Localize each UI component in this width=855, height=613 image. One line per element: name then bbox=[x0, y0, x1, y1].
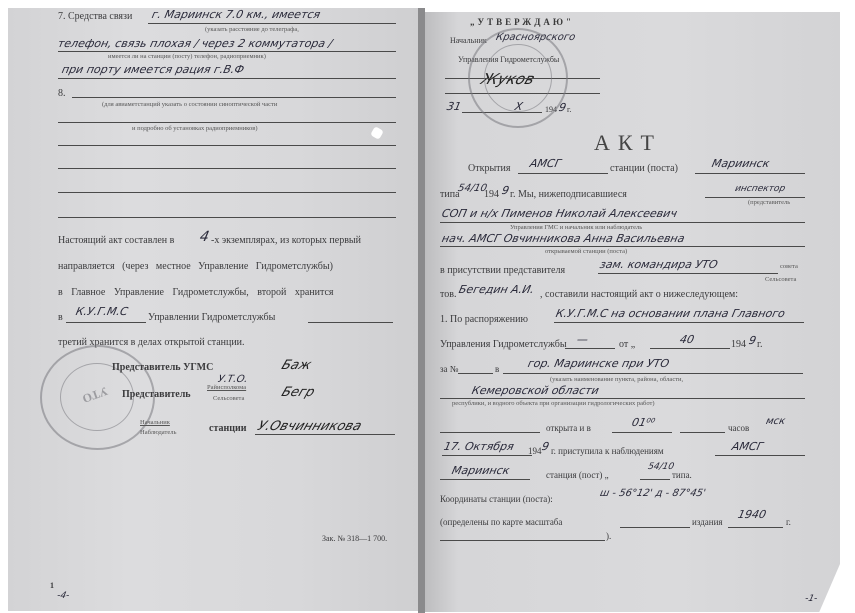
left-page bbox=[8, 8, 418, 611]
copies-text-2: направляется (через местное Управление Г… bbox=[58, 261, 333, 272]
item1-place-handwritten: гор. Мариинске при УТО bbox=[527, 357, 671, 370]
inspector-name-handwritten: СОП и н/х Пименов Николай Алексеевич bbox=[441, 207, 679, 220]
opened-label: открыта и в bbox=[546, 423, 591, 433]
item8-label: 8. bbox=[58, 88, 66, 99]
approve-heading: „УТВЕРЖДАЮ" bbox=[470, 17, 574, 27]
approve-year-suffix: г. bbox=[567, 105, 571, 114]
rep-ugms-signature: Баж bbox=[279, 358, 313, 373]
round-stamp-right bbox=[468, 28, 568, 128]
rep-district-signature: Бегр bbox=[279, 385, 316, 400]
presence-tail: совета bbox=[780, 263, 798, 270]
map-year-handwritten: 1940 bbox=[737, 508, 768, 521]
obs-type-label: типа. bbox=[672, 470, 692, 480]
obs-station-handwritten: АМСГ bbox=[731, 440, 765, 453]
item1-region-hint: республики, и водного объекта при органи… bbox=[452, 400, 655, 407]
approve-date-day: 31 bbox=[446, 100, 463, 113]
obs-date-handwritten: 17. Октября bbox=[443, 440, 515, 453]
chief-name-handwritten: нач. АМСГ Овчинникова Анна Васильевна bbox=[441, 232, 686, 245]
item8-hint-1: (для авиаметстанций указать о состоянии … bbox=[102, 101, 277, 108]
coords-handwritten: ш - 56°12' д - 87°45' bbox=[599, 488, 707, 499]
presence-handwritten: зам. командира УТО bbox=[599, 258, 719, 271]
item7-label: 7. Средства связи bbox=[58, 11, 132, 22]
book-spine bbox=[418, 8, 425, 613]
tov-label: тов. bbox=[440, 289, 456, 300]
rep-district-sub-2: Сельсовета bbox=[213, 395, 244, 402]
right-page-number: -1- bbox=[804, 594, 818, 604]
item1-date-handwritten: 40 bbox=[679, 333, 696, 346]
item1-region-handwritten: Кемеровской области bbox=[471, 384, 601, 397]
map-label-1: (определены по карте масштаба bbox=[440, 517, 562, 527]
opened-time-handwritten: 01⁰⁰ bbox=[631, 416, 657, 429]
chief-label-2: Наблюдатель bbox=[140, 429, 176, 436]
hours-tz-handwritten: мск bbox=[765, 416, 786, 427]
hours-label: часов bbox=[728, 423, 749, 433]
opening-handwritten: АМСГ bbox=[529, 157, 563, 170]
copies-text-3: в Главное Управление Гидрометслужбы, вто… bbox=[58, 287, 334, 298]
obs-type-handwritten: 54/10 bbox=[647, 462, 675, 472]
presence-label: в присутствии представителя bbox=[440, 265, 565, 276]
item7-handwritten-2: телефон, связь плохая / через 2 коммутат… bbox=[57, 37, 334, 50]
copies-dept-handwritten: К.У.Г.М.С bbox=[75, 305, 130, 318]
opening-label: Открытия bbox=[468, 163, 511, 174]
obs-year-prefix: 194 bbox=[528, 446, 542, 456]
rep-district-label: Представитель bbox=[122, 389, 191, 400]
map-close: ). bbox=[606, 531, 611, 541]
item1-year-suffix: г. bbox=[757, 339, 762, 350]
item1-no-label: за № bbox=[440, 364, 458, 374]
item1-handwritten: К.У.Г.М.С на основании плана Главного bbox=[555, 307, 787, 320]
item8-hint-2: и подробно об установках радиоприемников… bbox=[132, 125, 258, 132]
map-label-3: г. bbox=[786, 517, 791, 527]
page-mark-small: 1 bbox=[50, 581, 54, 590]
obs-station-label: станция (пост) „ bbox=[546, 470, 609, 480]
rep-district-sub-1: Райисполкома bbox=[207, 384, 246, 391]
order-number: Зак. № 318—1 700. bbox=[322, 534, 387, 543]
item1-in: в bbox=[495, 364, 499, 374]
copies-text-4b: Управлении Гидрометслужбы bbox=[148, 312, 275, 323]
item7-handwritten-3: при порту имеется рация г.В.Ф bbox=[61, 63, 246, 76]
station-hint: открываемой станции (поста) bbox=[545, 248, 627, 255]
copies-text-4a: в bbox=[58, 312, 63, 323]
station-label: станции (поста) bbox=[610, 163, 678, 174]
coords-label: Координаты станции (поста): bbox=[440, 494, 553, 504]
obs-text: г. приступила к наблюдениям bbox=[551, 446, 664, 456]
obs-place-handwritten: Мариинск bbox=[451, 464, 511, 477]
item7-hint-1: (указать расстояние до телеграфа, bbox=[205, 26, 299, 33]
rep-ugms-label: Представитель УГМС bbox=[112, 362, 213, 373]
item7-handwritten-1: г. Мариинск 7.0 км., имеется bbox=[151, 8, 322, 21]
item1-label: 1. По распоряжению bbox=[440, 314, 528, 325]
year-prefix: 194 bbox=[484, 189, 499, 200]
tov-handwritten: Бегедин А.И. bbox=[458, 283, 536, 296]
item1-from: от „ bbox=[619, 339, 635, 350]
chief-label-1: Начальник bbox=[140, 419, 170, 426]
map-label-2: издания bbox=[692, 517, 723, 527]
chief-label-3: станции bbox=[209, 423, 247, 434]
selsovet-hint: Сельсовета bbox=[765, 276, 796, 283]
item1-year-prefix: 194 bbox=[731, 339, 746, 350]
item1-place-hint: (указать наименование пункта, района, об… bbox=[550, 376, 683, 383]
we-text: г. Мы, нижеподписавшиеся bbox=[510, 189, 627, 200]
inspector-handwritten: инспектор bbox=[734, 184, 786, 194]
copies-text-1b: -х экземплярах, из которых первый bbox=[211, 235, 361, 246]
ugms-hint: Управления ГМС и начальник или наблюдате… bbox=[510, 224, 642, 231]
chief-signature: У.Овчинникова bbox=[255, 419, 363, 434]
item1-dept: Управления Гидрометслужбы bbox=[440, 339, 567, 350]
station-handwritten: Мариинск bbox=[711, 157, 771, 170]
rep-hint: (представитель bbox=[748, 199, 790, 206]
document-title: АКТ bbox=[594, 130, 662, 156]
left-page-number: -4- bbox=[56, 591, 70, 601]
item7-hint-2: имеется ли на станции (посту) телефон, р… bbox=[108, 53, 266, 60]
copies-text-1a: Настоящий акт составлен в bbox=[58, 235, 174, 246]
compiled-text: , составили настоящий акт о нижеследующе… bbox=[540, 289, 738, 300]
